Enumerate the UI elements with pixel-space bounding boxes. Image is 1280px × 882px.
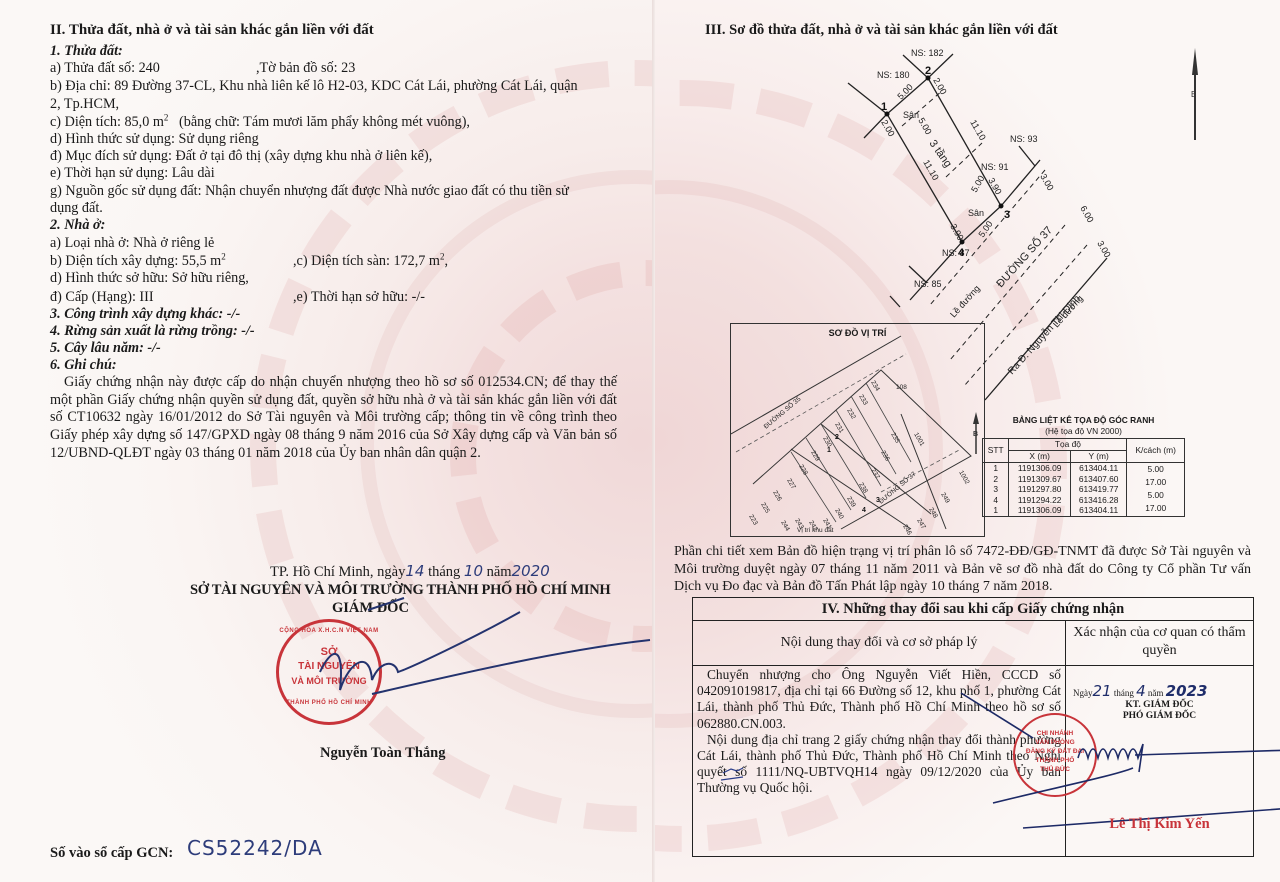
svg-text:Lề đường: Lề đường <box>948 283 982 319</box>
svg-text:NS: 85: NS: 85 <box>914 279 942 289</box>
svg-text:3.00: 3.00 <box>1095 239 1112 259</box>
svg-text:4: 4 <box>862 507 866 514</box>
north-arrow-icon: B <box>1191 48 1198 140</box>
svg-text:232: 232 <box>845 408 857 421</box>
svg-text:234: 234 <box>869 380 881 393</box>
table-row: 11191306.09613404.11 5.00 17.00 5.00 17.… <box>983 463 1185 474</box>
location-map-drawing: ĐƯỜNG SỐ 35 ĐƯỜNG SỐ 37 108 1001 1002 23… <box>731 324 984 536</box>
registry-label: Số vào sổ cấp GCN: <box>50 845 173 863</box>
svg-text:5.00: 5.00 <box>895 82 914 101</box>
svg-text:NS: 87: NS: 87 <box>942 248 970 258</box>
svg-text:229: 229 <box>809 450 821 463</box>
svg-text:NS: 182: NS: 182 <box>911 48 944 58</box>
svg-text:108: 108 <box>896 384 907 391</box>
svg-text:2.00: 2.00 <box>931 76 948 96</box>
svg-text:3: 3 <box>1004 209 1010 221</box>
svg-text:4: 4 <box>958 247 965 259</box>
coordinate-table: STT Tọa độ K/cách (m) X (m) Y (m) 111913… <box>982 438 1185 517</box>
coord-table-title: BẢNG LIỆT KÊ TỌA ĐỘ GÓC RANH (Hệ tọa độ … <box>982 415 1185 437</box>
svg-text:235: 235 <box>889 432 901 445</box>
svg-text:NS: 93: NS: 93 <box>1010 134 1038 144</box>
svg-text:236: 236 <box>879 450 891 463</box>
svg-text:231: 231 <box>833 422 845 435</box>
svg-text:239: 239 <box>845 496 857 509</box>
svg-text:ĐƯỜNG SỐ 37: ĐƯỜNG SỐ 37 <box>993 223 1055 290</box>
certificate-page-3: III. Sơ đồ thửa đất, nhà ở và tài sản kh… <box>655 0 1280 882</box>
svg-text:NS: 91: NS: 91 <box>981 162 1009 172</box>
svg-text:247: 247 <box>915 518 927 531</box>
svg-text:5.00: 5.00 <box>976 219 994 239</box>
svg-text:Ra Đ. Nguyễn Thị Định: Ra Đ. Nguyễn Thị Định <box>1005 292 1083 377</box>
svg-text:228: 228 <box>797 464 809 477</box>
location-map: SƠ ĐỒ VỊ TRÍ ĐƯỜNG SỐ 35 ĐƯỜNG SỐ 37 <box>730 323 985 537</box>
svg-text:B: B <box>973 431 978 438</box>
signer-name: Nguyễn Toàn Thắng <box>320 745 445 763</box>
svg-text:Vị trí khu đất: Vị trí khu đất <box>797 525 834 534</box>
svg-text:227: 227 <box>785 478 797 491</box>
svg-text:223: 223 <box>747 514 759 527</box>
svg-text:238: 238 <box>857 482 869 495</box>
svg-text:1002: 1002 <box>957 470 970 486</box>
svg-text:1001: 1001 <box>912 432 925 448</box>
svg-text:3: 3 <box>876 497 880 504</box>
svg-text:Sân: Sân <box>968 208 984 218</box>
registry-number: CS52242/DA <box>187 840 323 858</box>
svg-text:2.00: 2.00 <box>879 118 896 138</box>
svg-text:Sân: Sân <box>903 110 919 120</box>
svg-text:ĐƯỜNG SỐ 35: ĐƯỜNG SỐ 35 <box>761 393 803 430</box>
svg-text:3.90: 3.90 <box>986 176 1003 196</box>
svg-text:248: 248 <box>927 507 939 520</box>
svg-text:226: 226 <box>771 490 783 503</box>
svg-text:B: B <box>1191 90 1196 99</box>
svg-text:249: 249 <box>939 492 951 505</box>
svg-text:233: 233 <box>857 394 869 407</box>
svg-text:225: 225 <box>759 502 771 515</box>
svg-text:2: 2 <box>835 434 839 441</box>
map-north-arrow-icon: B <box>973 412 979 454</box>
detail-note: Phần chi tiết xem Bản đồ hiện trạng vị t… <box>674 543 1251 596</box>
svg-text:6.00: 6.00 <box>1078 204 1095 224</box>
changes-table: IV. Những thay đổi sau khi cấp Giấy chứn… <box>692 597 1254 857</box>
svg-text:240: 240 <box>833 508 845 521</box>
svg-text:3.90: 3.90 <box>948 222 965 242</box>
svg-text:1: 1 <box>827 447 831 454</box>
svg-text:2: 2 <box>925 65 931 77</box>
svg-text:244: 244 <box>779 520 791 533</box>
svg-text:NS: 180: NS: 180 <box>877 70 910 80</box>
svg-text:237: 237 <box>869 468 881 481</box>
confirm-signer: Lê Thị Kim Yến <box>1066 816 1253 833</box>
certificate-page-2: II. Thửa đất, nhà ở và tài sản khác gắn … <box>0 0 655 882</box>
svg-text:246: 246 <box>901 524 913 537</box>
svg-text:3.00: 3.00 <box>1038 172 1055 192</box>
svg-text:1: 1 <box>881 101 887 113</box>
svg-text:11.10: 11.10 <box>968 118 988 142</box>
